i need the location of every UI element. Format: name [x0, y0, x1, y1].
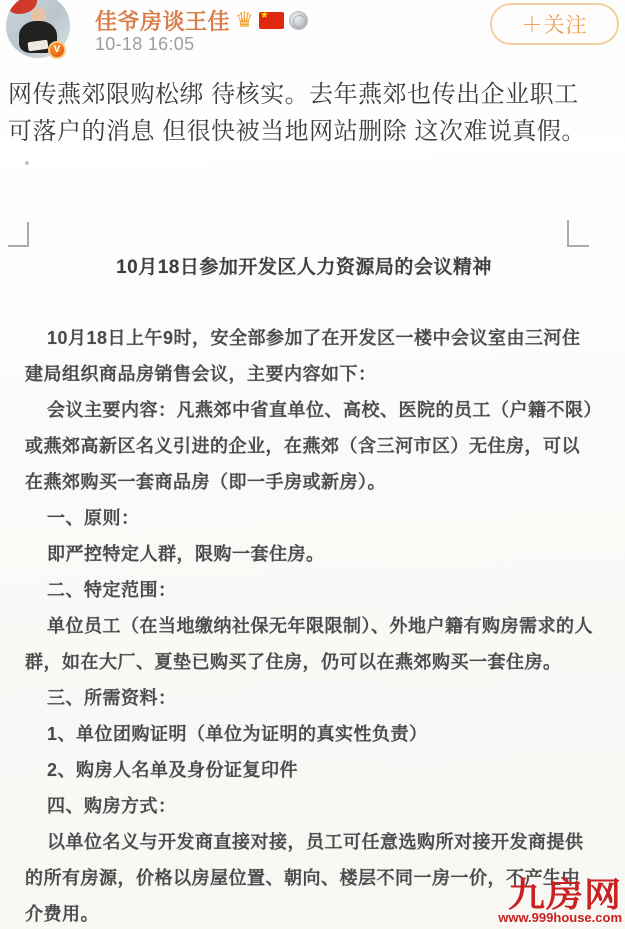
photo-speck: [25, 161, 29, 165]
username[interactable]: 佳爷房谈王佳: [95, 5, 230, 36]
document-body: 10月18日上午9时，安全部参加了在开发区一楼中会议室由三河住建局组织商品房销售…: [25, 320, 595, 929]
post-text: 网传燕郊限购松绑 待核实。去年燕郊也传出企业职工可落户的消息 但很快被当地网站删…: [8, 76, 588, 150]
page-corner-mark-right: [567, 220, 589, 247]
flag-star-icon: ★: [260, 9, 269, 23]
document-paragraph: 即严控特定人群，限购一套住房。: [25, 536, 595, 572]
weibo-post: V 佳爷房谈王佳 ♛ ★ 10-18 16:05 ＋关注 网传燕郊限购松绑 待核…: [0, 0, 625, 929]
document-paragraph: 三、所需资料：: [25, 680, 595, 716]
china-flag-icon: ★: [259, 12, 284, 29]
document-paragraph: 会议主要内容：凡燕郊中省直单位、高校、医院的员工（户籍不限）或燕郊高新区名义引进…: [25, 392, 595, 500]
document-paragraph: 单位员工（在当地缴纳社保无年限限制）、外地户籍有购房需求的人群，如在大厂、夏垫已…: [25, 608, 595, 680]
document-paragraph: 2、购房人名单及身份证复印件: [25, 752, 595, 788]
medal-icon: [289, 11, 308, 30]
document-paragraph: 四、购房方式：: [25, 788, 595, 824]
document-paragraph: 二、特定范围：: [25, 572, 595, 608]
username-row: 佳爷房谈王佳 ♛ ★: [95, 6, 308, 34]
page-corner-mark-left: [8, 222, 29, 247]
verified-v-icon: V: [48, 41, 66, 59]
document-paragraph: 1、单位团购证明（单位为证明的真实性负责）: [25, 716, 595, 752]
follow-button[interactable]: ＋关注: [490, 3, 619, 45]
document-image[interactable]: 10月18日参加开发区人力资源局的会议精神 10月18日上午9时，安全部参加了在…: [0, 142, 625, 929]
document-paragraph: 以单位名义与开发商直接对接，员工可任意选购所对接开发商提供的所有房源，价格以房屋…: [25, 824, 595, 929]
document-paragraph: 10月18日上午9时，安全部参加了在开发区一楼中会议室由三河住建局组织商品房销售…: [25, 320, 595, 392]
document-title: 10月18日参加开发区人力资源局的会议精神: [10, 252, 598, 279]
crown-icon: ♛: [235, 10, 254, 31]
document-paragraph: 一、原则：: [25, 500, 595, 536]
post-timestamp: 10-18 16:05: [95, 34, 194, 55]
